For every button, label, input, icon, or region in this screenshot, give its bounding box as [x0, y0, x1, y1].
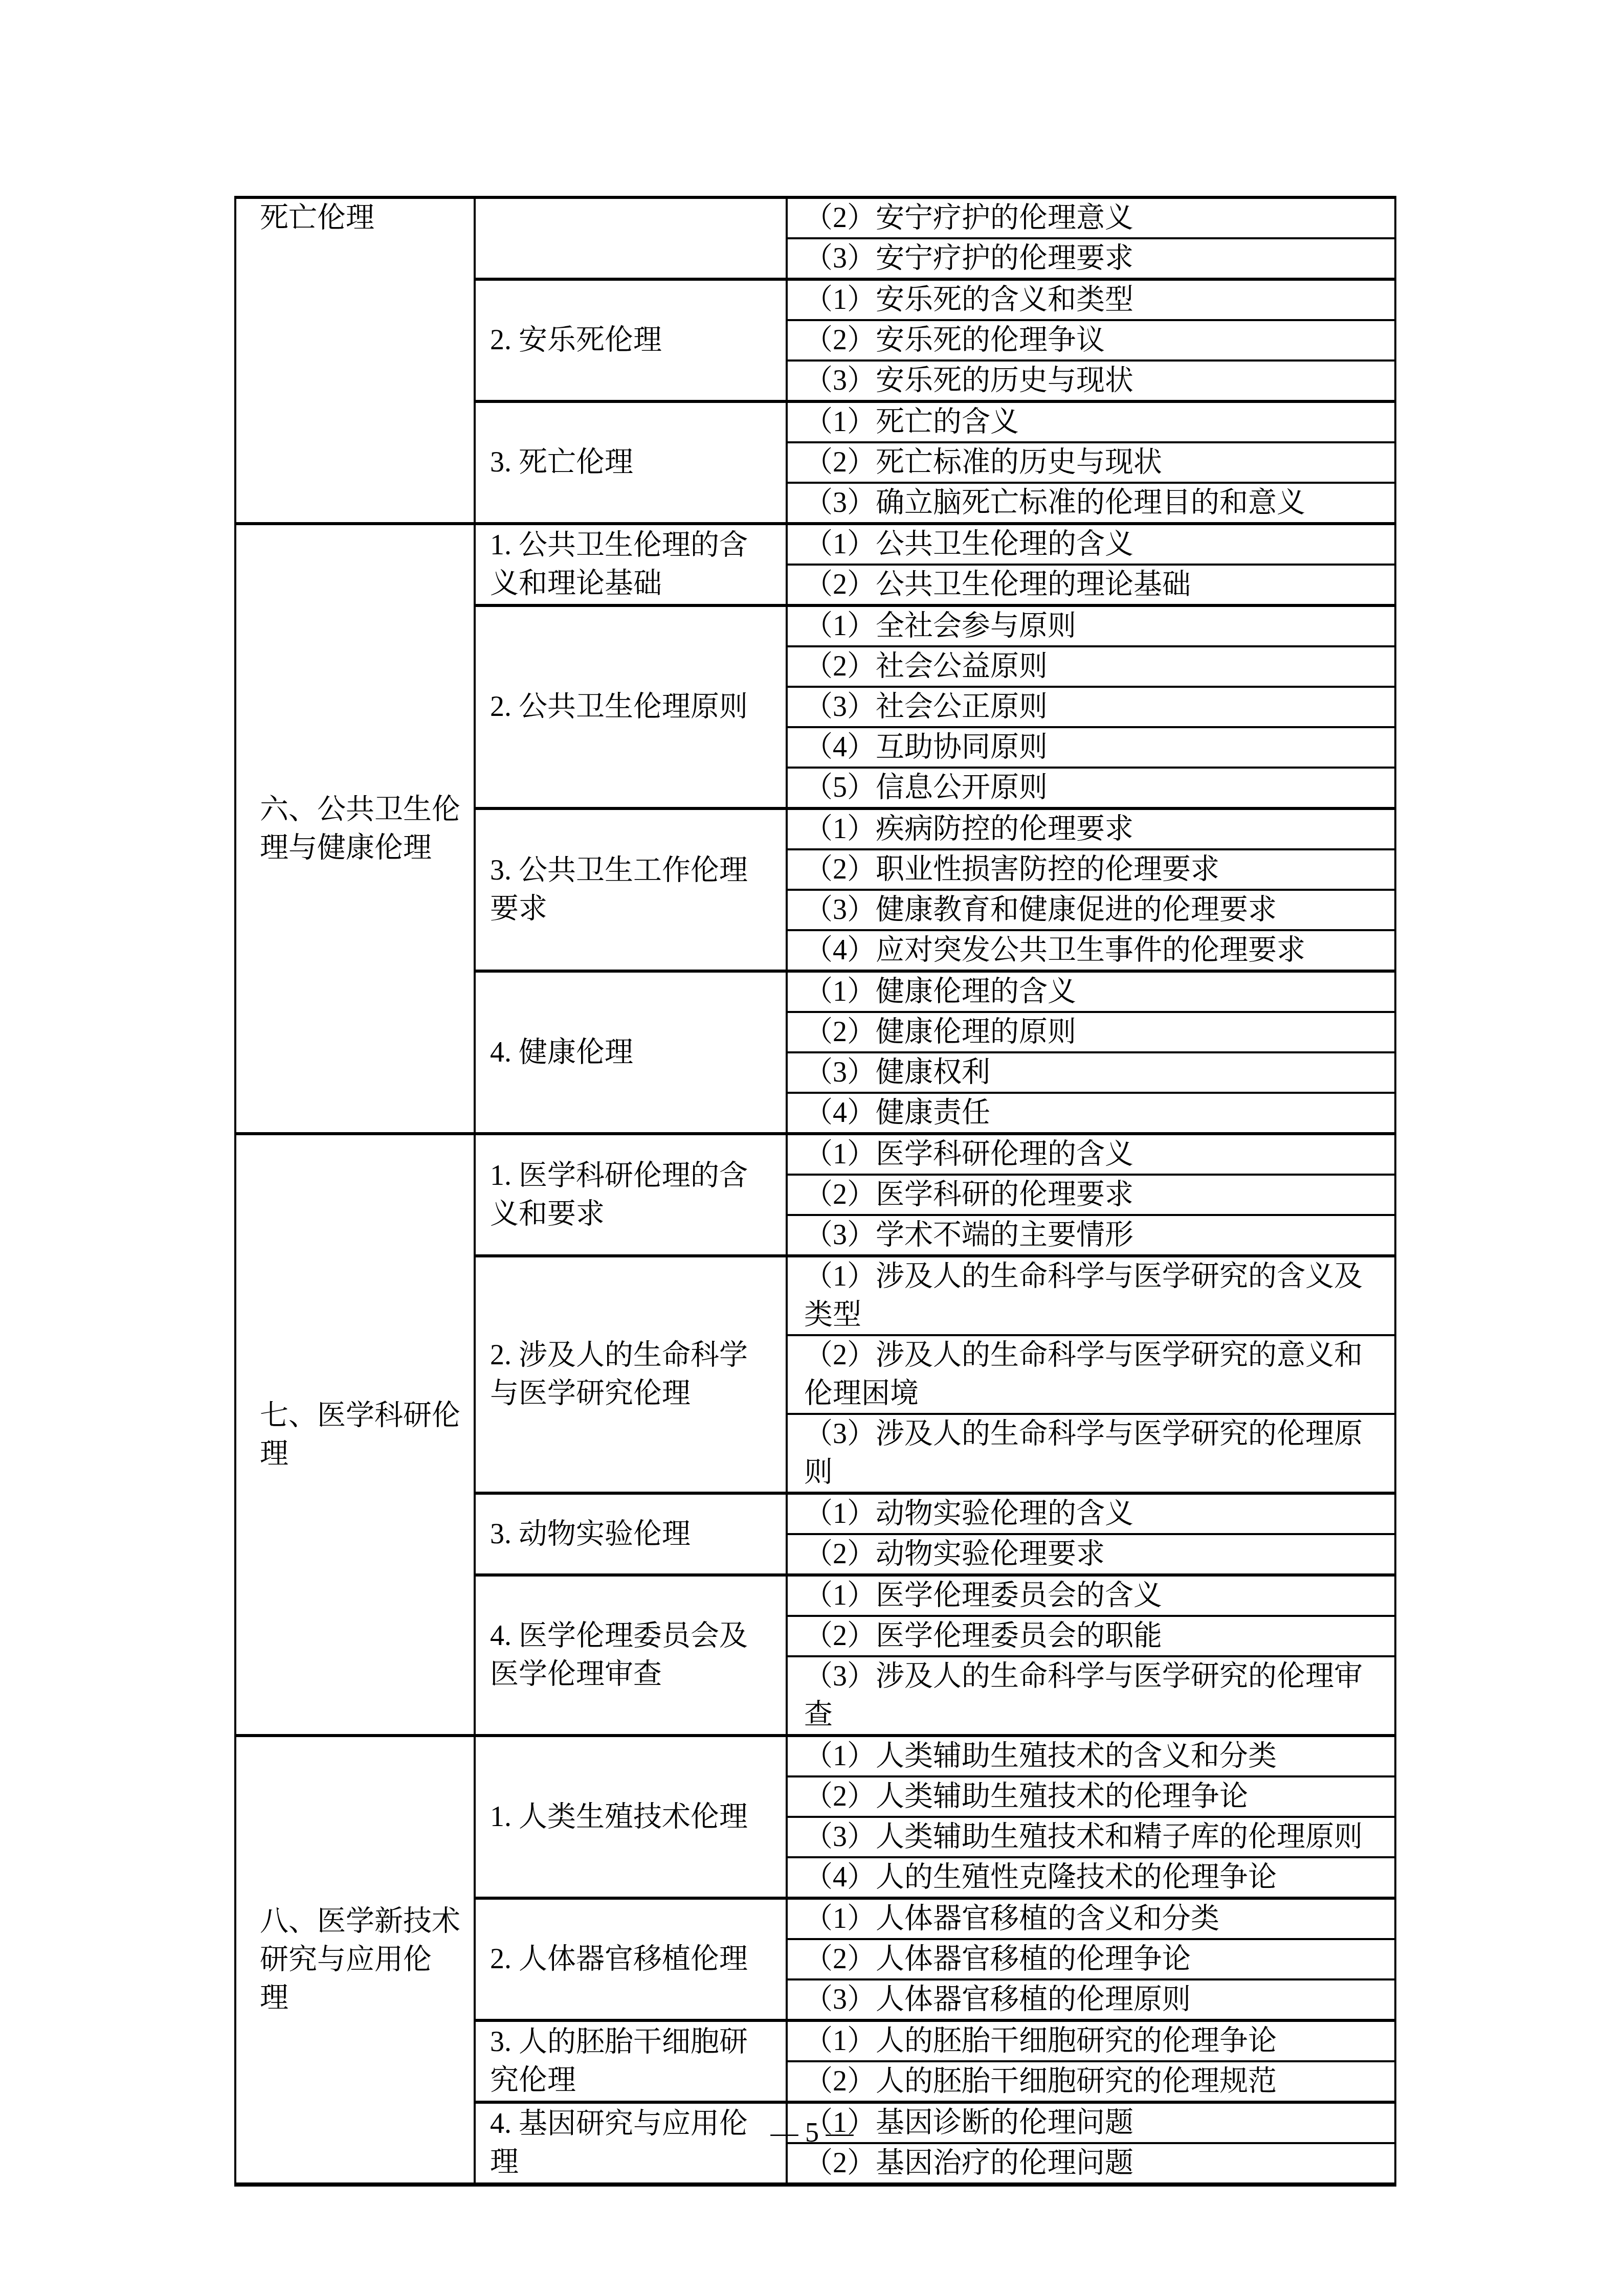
- item-cell: （1）人体器官移植的含义和分类: [787, 1898, 1395, 1939]
- item-cell: （1）动物实验伦理的含义: [787, 1493, 1395, 1534]
- item-cell: （3）安乐死的历史与现状: [787, 361, 1395, 401]
- subsection-title-cell: 4. 健康伦理: [475, 971, 787, 1134]
- item-cell: （1）涉及人的生命科学与医学研究的含义及 类型: [787, 1256, 1395, 1335]
- section-title-cell: 七、医学科研伦 理: [235, 1134, 475, 1736]
- item-cell: （2）健康伦理的原则: [787, 1012, 1395, 1052]
- item-cell: （1）疾病防控的伦理要求: [787, 808, 1395, 849]
- item-cell: （2）职业性损害防控的伦理要求: [787, 849, 1395, 890]
- subsection-title-cell: 2. 安乐死伦理: [475, 279, 787, 401]
- item-cell: （3）人体器官移植的伦理原则: [787, 1979, 1395, 2020]
- item-cell: （4）互助协同原则: [787, 727, 1395, 768]
- item-cell: （1）死亡的含义: [787, 401, 1395, 442]
- item-cell: （2）死亡标准的历史与现状: [787, 442, 1395, 483]
- item-cell: （2）社会公益原则: [787, 646, 1395, 687]
- item-cell: （3）人类辅助生殖技术和精子库的伦理原则: [787, 1817, 1395, 1857]
- item-cell: （4）应对突发公共卫生事件的伦理要求: [787, 930, 1395, 971]
- item-cell: （2）涉及人的生命科学与医学研究的意义和 伦理困境: [787, 1335, 1395, 1414]
- item-cell: （1）安乐死的含义和类型: [787, 279, 1395, 320]
- item-cell: （2）医学科研的伦理要求: [787, 1175, 1395, 1215]
- subsection-title-cell: 1. 公共卫生伦理的含 义和理论基础: [475, 524, 787, 605]
- table-row: 八、医学新技术 研究与应用伦 理1. 人类生殖技术伦理（1）人类辅助生殖技术的含…: [235, 1736, 1395, 1776]
- subsection-title-cell: 3. 死亡伦理: [475, 401, 787, 524]
- item-cell: （4）人的生殖性克隆技术的伦理争论: [787, 1857, 1395, 1898]
- table-row: 七、医学科研伦 理1. 医学科研伦理的含 义和要求（1）医学科研伦理的含义: [235, 1134, 1395, 1175]
- subsection-title-cell: 2. 涉及人的生命科学 与医学研究伦理: [475, 1256, 787, 1493]
- item-cell: （2）医学伦理委员会的职能: [787, 1616, 1395, 1656]
- subsection-title-cell: 3. 动物实验伦理: [475, 1493, 787, 1575]
- item-cell: （3）涉及人的生命科学与医学研究的伦理审 查: [787, 1656, 1395, 1736]
- item-cell: （3）涉及人的生命科学与医学研究的伦理原 则: [787, 1414, 1395, 1493]
- section-title-cell: 六、公共卫生伦 理与健康伦理: [235, 524, 475, 1134]
- subsection-title-cell: 4. 医学伦理委员会及 医学伦理审查: [475, 1575, 787, 1736]
- subsection-title-cell: [475, 197, 787, 279]
- item-cell: （1）人类辅助生殖技术的含义和分类: [787, 1736, 1395, 1776]
- item-cell: （2）人类辅助生殖技术的伦理争论: [787, 1776, 1395, 1817]
- subsection-title-cell: 2. 公共卫生伦理原则: [475, 605, 787, 808]
- syllabus-table: 死亡伦理（2）安宁疗护的伦理意义（3）安宁疗护的伦理要求2. 安乐死伦理（1）安…: [234, 196, 1396, 2187]
- item-cell: （3）安宁疗护的伦理要求: [787, 238, 1395, 279]
- item-cell: （2）人的胚胎干细胞研究的伦理规范: [787, 2061, 1395, 2102]
- syllabus-table-body: 死亡伦理（2）安宁疗护的伦理意义（3）安宁疗护的伦理要求2. 安乐死伦理（1）安…: [235, 197, 1395, 2185]
- subsection-title-cell: 3. 人的胚胎干细胞研 究伦理: [475, 2020, 787, 2102]
- table-row: 六、公共卫生伦 理与健康伦理1. 公共卫生伦理的含 义和理论基础（1）公共卫生伦…: [235, 524, 1395, 565]
- item-cell: （2）动物实验伦理要求: [787, 1534, 1395, 1575]
- item-cell: （1）公共卫生伦理的含义: [787, 524, 1395, 565]
- item-cell: （2）安乐死的伦理争议: [787, 320, 1395, 361]
- item-cell: （1）健康伦理的含义: [787, 971, 1395, 1012]
- item-cell: （1）医学科研伦理的含义: [787, 1134, 1395, 1175]
- item-cell: （3）健康权利: [787, 1052, 1395, 1093]
- subsection-title-cell: 1. 人类生殖技术伦理: [475, 1736, 787, 1898]
- section-title-cell: 死亡伦理: [235, 197, 475, 524]
- item-cell: （3）社会公正原则: [787, 687, 1395, 727]
- item-cell: （5）信息公开原则: [787, 768, 1395, 808]
- item-cell: （3）确立脑死亡标准的伦理目的和意义: [787, 483, 1395, 524]
- item-cell: （2）人体器官移植的伦理争论: [787, 1939, 1395, 1979]
- item-cell: （3）健康教育和健康促进的伦理要求: [787, 890, 1395, 930]
- item-cell: （2）安宁疗护的伦理意义: [787, 197, 1395, 238]
- item-cell: （4）健康责任: [787, 1093, 1395, 1134]
- item-cell: （2）公共卫生伦理的理论基础: [787, 565, 1395, 605]
- item-cell: （1）人的胚胎干细胞研究的伦理争论: [787, 2020, 1395, 2061]
- item-cell: （1）医学伦理委员会的含义: [787, 1575, 1395, 1616]
- subsection-title-cell: 1. 医学科研伦理的含 义和要求: [475, 1134, 787, 1256]
- table-row: 死亡伦理（2）安宁疗护的伦理意义: [235, 197, 1395, 238]
- page-number: — 5 —: [0, 2113, 1624, 2152]
- subsection-title-cell: 2. 人体器官移植伦理: [475, 1898, 787, 2020]
- subsection-title-cell: 3. 公共卫生工作伦理 要求: [475, 808, 787, 971]
- item-cell: （3）学术不端的主要情形: [787, 1215, 1395, 1256]
- item-cell: （1）全社会参与原则: [787, 605, 1395, 646]
